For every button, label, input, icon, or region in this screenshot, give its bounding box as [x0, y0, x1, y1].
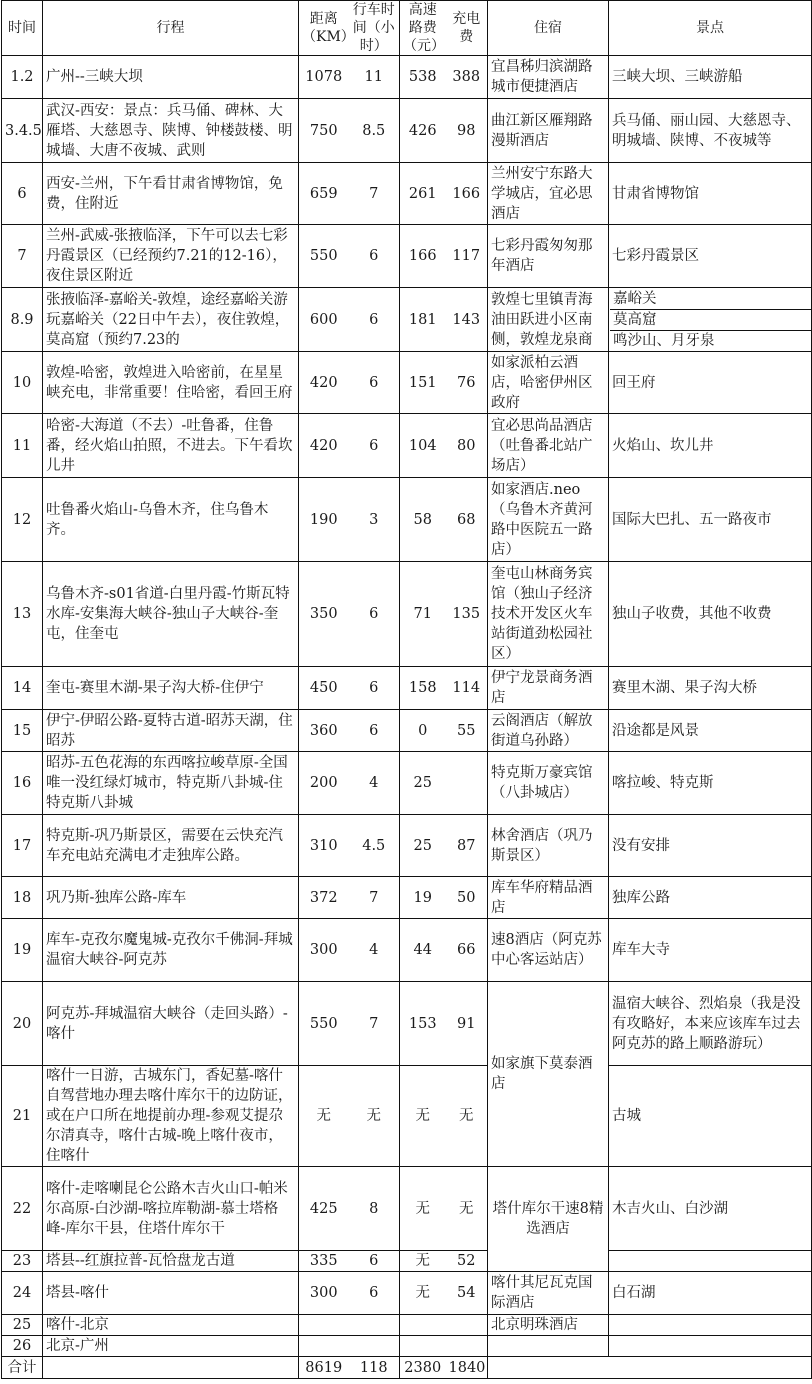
cell-charge: 68	[446, 478, 488, 562]
cell-route: 敦煌-哈密，敦煌进入哈密前，在星星峡充电，非常重要！住哈密，看回王府	[43, 352, 299, 414]
header-hotel: 住宿	[488, 1, 609, 56]
cell-route: 哈密-大海道（不去）-吐鲁番，住鲁番，经火焰山拍照，不进去。下午看坎儿井	[43, 414, 299, 478]
cell-distance: 无	[299, 1066, 349, 1167]
cell-charge: 98	[446, 99, 488, 163]
table-row: 6 西安-兰州，下午看甘肃省博物馆，免费，住附近 659 7 261 166 兰…	[2, 163, 812, 225]
cell-day: 7	[2, 225, 43, 288]
table-row: 26 北京-广州	[2, 1336, 812, 1357]
cell-distance	[299, 1315, 349, 1336]
cell-sights: 三峡大坝、三峡游船	[609, 56, 812, 99]
cell-hotel: 奎屯山林商务宾馆（独山子经济技术开发区火车站街道劲松园社区）	[488, 562, 609, 667]
table-row: 20 阿克苏-拜城温宿大峡谷（走回头路）-喀什 550 7 153 91 如家旗…	[2, 982, 812, 1066]
cell-toll	[400, 1336, 446, 1357]
table-row: 10 敦煌-哈密，敦煌进入哈密前，在星星峡充电，非常重要！住哈密，看回王府 42…	[2, 352, 812, 414]
cell-toll: 无	[400, 1251, 446, 1272]
cell-distance: 335	[299, 1251, 349, 1272]
cell-day: 19	[2, 919, 43, 982]
table-row: 18 巩乃斯-独库公路-库车 372 7 19 50 库车华府精品酒店 独库公路	[2, 877, 812, 919]
sights-sublist: 嘉峪关 莫高窟 鸣沙山、月牙泉	[610, 289, 812, 351]
cell-charge: 143	[446, 288, 488, 352]
cell-distance: 372	[299, 877, 349, 919]
cell-drive-time: 6	[349, 667, 400, 710]
cell-toll	[400, 1315, 446, 1336]
cell-distance: 550	[299, 982, 349, 1066]
cell-hotel: 喀什其尼瓦克国际酒店	[488, 1272, 609, 1315]
cell-day: 22	[2, 1167, 43, 1251]
cell-charge: 76	[446, 352, 488, 414]
cell-charge	[446, 752, 488, 815]
cell-route: 阿克苏-拜城温宿大峡谷（走回头路）-喀什	[43, 982, 299, 1066]
cell-hotel: 曲江新区雁翔路漫斯酒店	[488, 99, 609, 163]
cell-route: 西安-兰州，下午看甘肃省博物馆，免费，住附近	[43, 163, 299, 225]
cell-drive-time	[349, 1336, 400, 1357]
cell-day: 20	[2, 982, 43, 1066]
cell-distance: 1078	[299, 56, 349, 99]
cell-toll: 无	[400, 1066, 446, 1167]
table-row: 21 喀什一日游，古城东门，香妃墓-喀什自驾营地办理去喀什库尔干的边防证，或在户…	[2, 1066, 812, 1167]
cell-route: 乌鲁木齐-s01省道-白里丹霞-竹斯瓦特水库-安集海大峡谷-独山子大峡谷-奎屯，…	[43, 562, 299, 667]
cell-sights: 沿途都是风景	[609, 710, 812, 752]
cell-hotel: 如家酒店.neo（乌鲁木齐黄河路中医院五一路店）	[488, 478, 609, 562]
cell-distance: 190	[299, 478, 349, 562]
cell-toll: 71	[400, 562, 446, 667]
cell-hotel: 宜昌秭归滨湖路城市便捷酒店	[488, 56, 609, 99]
cell-day: 16	[2, 752, 43, 815]
cell-distance: 600	[299, 288, 349, 352]
cell-hotel: 林舍酒店（巩乃斯景区）	[488, 815, 609, 877]
cell-toll: 58	[400, 478, 446, 562]
total-toll: 2380	[400, 1357, 446, 1379]
cell-charge: 66	[446, 919, 488, 982]
cell-day: 13	[2, 562, 43, 667]
cell-day: 26	[2, 1336, 43, 1357]
cell-route: 吐鲁番火焰山-乌鲁木齐，住乌鲁木齐。	[43, 478, 299, 562]
total-drive-time: 118	[349, 1357, 400, 1379]
cell-toll: 104	[400, 414, 446, 478]
cell-sights: 国际大巴扎、五一路夜市	[609, 478, 812, 562]
header-toll: 高速路费（元）	[400, 1, 446, 56]
cell-day: 25	[2, 1315, 43, 1336]
cell-toll: 25	[400, 815, 446, 877]
sight-item: 嘉峪关	[610, 289, 812, 310]
cell-sights: 独库公路	[609, 877, 812, 919]
table-row: 3.4.5 武汉-西安：景点：兵马俑、碑林、大雁塔、大慈恩寺、陕博、钟楼鼓楼、明…	[2, 99, 812, 163]
cell-toll: 153	[400, 982, 446, 1066]
cell-route: 塔县--红旗拉普-瓦恰盘龙古道	[43, 1251, 299, 1272]
total-empty	[488, 1357, 812, 1379]
cell-route: 喀什-北京	[43, 1315, 299, 1336]
table-row: 24 塔县-喀什 300 6 无 54 喀什其尼瓦克国际酒店 白石湖	[2, 1272, 812, 1315]
cell-hotel: 宜必思尚品酒店（吐鲁番北站广场店）	[488, 414, 609, 478]
cell-distance: 360	[299, 710, 349, 752]
cell-route: 喀什一日游，古城东门，香妃墓-喀什自驾营地办理去喀什库尔干的边防证，或在户口所在…	[43, 1066, 299, 1167]
cell-route: 特克斯-巩乃斯景区，需要在云快充汽车充电站充满电才走独库公路。	[43, 815, 299, 877]
cell-hotel	[488, 1336, 609, 1357]
cell-sights: 白石湖	[609, 1272, 812, 1315]
cell-route: 巩乃斯-独库公路-库车	[43, 877, 299, 919]
total-charge: 1840	[446, 1357, 488, 1379]
cell-day: 23	[2, 1251, 43, 1272]
cell-sights: 没有安排	[609, 815, 812, 877]
cell-hotel: 云阁酒店（解放街道乌孙路）	[488, 710, 609, 752]
cell-distance: 350	[299, 562, 349, 667]
cell-sights: 火焰山、坎儿井	[609, 414, 812, 478]
cell-drive-time: 6	[349, 352, 400, 414]
cell-toll: 158	[400, 667, 446, 710]
total-route-empty	[43, 1357, 299, 1379]
cell-route: 北京-广州	[43, 1336, 299, 1357]
cell-route: 张掖临泽-嘉峪关-敦煌，途经嘉峪关游玩嘉峪关（22日中午去），夜住敦煌，莫高窟（…	[43, 288, 299, 352]
cell-route: 广州--三峡大坝	[43, 56, 299, 99]
cell-day: 17	[2, 815, 43, 877]
cell-toll: 538	[400, 56, 446, 99]
cell-charge: 114	[446, 667, 488, 710]
cell-hotel: 塔什库尔干速8精选酒店	[488, 1167, 609, 1272]
cell-drive-time: 4	[349, 752, 400, 815]
cell-drive-time: 7	[349, 982, 400, 1066]
cell-drive-time: 6	[349, 225, 400, 288]
cell-toll: 261	[400, 163, 446, 225]
cell-toll: 0	[400, 710, 446, 752]
total-distance: 8619	[299, 1357, 349, 1379]
cell-hotel: 库车华府精品酒店	[488, 877, 609, 919]
cell-sights	[609, 1336, 812, 1357]
cell-distance: 300	[299, 919, 349, 982]
cell-drive-time: 6	[349, 710, 400, 752]
cell-distance: 750	[299, 99, 349, 163]
header-route: 行程	[43, 1, 299, 56]
cell-day: 6	[2, 163, 43, 225]
cell-charge: 52	[446, 1251, 488, 1272]
cell-hotel: 兰州安宁东路大学城店，宜必思酒店	[488, 163, 609, 225]
cell-toll: 426	[400, 99, 446, 163]
cell-day: 15	[2, 710, 43, 752]
cell-route: 昭苏-五色花海的东西喀拉峻草原-全国唯一没红绿灯城市，特克斯八卦城-住特克斯八卦…	[43, 752, 299, 815]
cell-charge: 50	[446, 877, 488, 919]
cell-hotel: 七彩丹霞匆匆那年酒店	[488, 225, 609, 288]
cell-charge: 388	[446, 56, 488, 99]
cell-drive-time: 6	[349, 1251, 400, 1272]
table-row: 15 伊宁-伊昭公路-夏特古道-昭苏天湖，住昭苏 360 6 0 55 云阁酒店…	[2, 710, 812, 752]
header-day: 时间	[2, 1, 43, 56]
cell-route: 兰州-武威-张掖临泽，下午可以去七彩丹霞景区（已经预约7.21的12-16），夜…	[43, 225, 299, 288]
cell-distance: 550	[299, 225, 349, 288]
cell-drive-time: 4.5	[349, 815, 400, 877]
cell-sights: 温宿大峡谷、烈焰泉（我是没有攻略好，本来应该库车过去阿克苏的路上顺路游玩）	[609, 982, 812, 1066]
cell-hotel: 特克斯万豪宾馆（八卦城店）	[488, 752, 609, 815]
header-row: 时间 行程 距离（KM） 行车时间（小时） 高速路费（元） 充电费 住宿 景点	[2, 1, 812, 56]
cell-drive-time	[349, 1315, 400, 1336]
table-row: 13 乌鲁木齐-s01省道-白里丹霞-竹斯瓦特水库-安集海大峡谷-独山子大峡谷-…	[2, 562, 812, 667]
cell-route: 奎屯-赛里木湖-果子沟大桥-住伊宁	[43, 667, 299, 710]
cell-drive-time: 7	[349, 877, 400, 919]
total-label: 合计	[2, 1357, 43, 1379]
cell-day: 3.4.5	[2, 99, 43, 163]
cell-charge: 87	[446, 815, 488, 877]
sight-item: 鸣沙山、月牙泉	[610, 330, 812, 351]
cell-drive-time: 8	[349, 1167, 400, 1251]
cell-sights-split: 嘉峪关 莫高窟 鸣沙山、月牙泉	[609, 288, 812, 352]
cell-sights: 甘肃省博物馆	[609, 163, 812, 225]
table-row: 7 兰州-武威-张掖临泽，下午可以去七彩丹霞景区（已经预约7.21的12-16）…	[2, 225, 812, 288]
cell-day: 12	[2, 478, 43, 562]
table-row: 16 昭苏-五色花海的东西喀拉峻草原-全国唯一没红绿灯城市，特克斯八卦城-住特克…	[2, 752, 812, 815]
cell-charge: 无	[446, 1066, 488, 1167]
cell-sights	[609, 1315, 812, 1336]
table-row: 12 吐鲁番火焰山-乌鲁木齐，住乌鲁木齐。 190 3 58 68 如家酒店.n…	[2, 478, 812, 562]
cell-charge: 117	[446, 225, 488, 288]
cell-drive-time: 11	[349, 56, 400, 99]
cell-hotel: 伊宁龙景商务酒店	[488, 667, 609, 710]
cell-toll: 181	[400, 288, 446, 352]
header-sights: 景点	[609, 1, 812, 56]
cell-distance: 450	[299, 667, 349, 710]
cell-drive-time: 6	[349, 288, 400, 352]
cell-charge: 166	[446, 163, 488, 225]
table-row: 23 塔县--红旗拉普-瓦恰盘龙古道 335 6 无 52	[2, 1251, 812, 1272]
cell-charge: 无	[446, 1167, 488, 1251]
table-row: 1.2 广州--三峡大坝 1078 11 538 388 宜昌秭归滨湖路城市便捷…	[2, 56, 812, 99]
cell-day: 8.9	[2, 288, 43, 352]
cell-hotel: 如家派柏云酒店，哈密伊州区政府	[488, 352, 609, 414]
cell-toll: 151	[400, 352, 446, 414]
cell-toll: 无	[400, 1167, 446, 1251]
cell-sights: 回王府	[609, 352, 812, 414]
cell-sights: 七彩丹霞景区	[609, 225, 812, 288]
cell-day: 10	[2, 352, 43, 414]
cell-day: 1.2	[2, 56, 43, 99]
cell-distance: 200	[299, 752, 349, 815]
table-row: 14 奎屯-赛里木湖-果子沟大桥-住伊宁 450 6 158 114 伊宁龙景商…	[2, 667, 812, 710]
cell-sights: 古城	[609, 1066, 812, 1167]
cell-sights: 赛里木湖、果子沟大桥	[609, 667, 812, 710]
cell-distance: 425	[299, 1167, 349, 1251]
cell-drive-time: 6	[349, 414, 400, 478]
cell-charge: 54	[446, 1272, 488, 1315]
cell-drive-time: 4	[349, 919, 400, 982]
table-row: 8.9 张掖临泽-嘉峪关-敦煌，途经嘉峪关游玩嘉峪关（22日中午去），夜住敦煌，…	[2, 288, 812, 352]
table-row: 25 喀什-北京 北京明珠酒店	[2, 1315, 812, 1336]
total-row: 合计 8619 118 2380 1840	[2, 1357, 812, 1379]
cell-distance: 420	[299, 352, 349, 414]
cell-drive-time: 无	[349, 1066, 400, 1167]
header-distance: 距离（KM）	[299, 1, 349, 56]
cell-hotel: 敦煌七里镇青海油田跃进小区南侧，敦煌龙泉商	[488, 288, 609, 352]
cell-drive-time: 7	[349, 163, 400, 225]
table-row: 19 库车-克孜尔魔鬼城-克孜尔千佛洞-拜城温宿大峡谷-阿克苏 300 4 44…	[2, 919, 812, 982]
cell-charge: 55	[446, 710, 488, 752]
cell-charge: 135	[446, 562, 488, 667]
cell-day: 21	[2, 1066, 43, 1167]
cell-toll: 166	[400, 225, 446, 288]
cell-toll: 44	[400, 919, 446, 982]
itinerary-table: 时间 行程 距离（KM） 行车时间（小时） 高速路费（元） 充电费 住宿 景点 …	[1, 0, 812, 1379]
header-drive-time: 行车时间（小时）	[349, 1, 400, 56]
cell-charge	[446, 1315, 488, 1336]
cell-charge	[446, 1336, 488, 1357]
table-row: 22 喀什-走喀喇昆仑公路木吉火山口-帕米尔高原-白沙湖-喀拉库勒湖-慕士塔格峰…	[2, 1167, 812, 1251]
cell-toll: 25	[400, 752, 446, 815]
cell-sights: 喀拉峻、特克斯	[609, 752, 812, 815]
cell-route: 塔县-喀什	[43, 1272, 299, 1315]
cell-hotel: 北京明珠酒店	[488, 1315, 609, 1336]
cell-day: 18	[2, 877, 43, 919]
cell-drive-time: 6	[349, 1272, 400, 1315]
cell-route: 伊宁-伊昭公路-夏特古道-昭苏天湖，住昭苏	[43, 710, 299, 752]
cell-charge: 91	[446, 982, 488, 1066]
cell-distance	[299, 1336, 349, 1357]
cell-hotel: 速8酒店（阿克苏中心客运站店）	[488, 919, 609, 982]
cell-toll: 无	[400, 1272, 446, 1315]
cell-sights: 独山子收费，其他不收费	[609, 562, 812, 667]
cell-distance: 420	[299, 414, 349, 478]
cell-charge: 80	[446, 414, 488, 478]
cell-distance: 300	[299, 1272, 349, 1315]
cell-sights: 库车大寺	[609, 919, 812, 982]
sight-item: 莫高窟	[610, 309, 812, 330]
cell-hotel: 如家旗下莫泰酒店	[488, 982, 609, 1167]
table-row: 11 哈密-大海道（不去）-吐鲁番，住鲁番，经火焰山拍照，不进去。下午看坎儿井 …	[2, 414, 812, 478]
table-row: 17 特克斯-巩乃斯景区，需要在云快充汽车充电站充满电才走独库公路。 310 4…	[2, 815, 812, 877]
cell-sights	[609, 1251, 812, 1272]
header-charge: 充电费	[446, 1, 488, 56]
cell-route: 喀什-走喀喇昆仑公路木吉火山口-帕米尔高原-白沙湖-喀拉库勒湖-慕士塔格峰-库尔…	[43, 1167, 299, 1251]
cell-route: 库车-克孜尔魔鬼城-克孜尔千佛洞-拜城温宿大峡谷-阿克苏	[43, 919, 299, 982]
cell-toll: 19	[400, 877, 446, 919]
cell-drive-time: 3	[349, 478, 400, 562]
cell-sights: 木吉火山、白沙湖	[609, 1167, 812, 1251]
cell-day: 14	[2, 667, 43, 710]
cell-drive-time: 8.5	[349, 99, 400, 163]
cell-sights: 兵马俑、丽山园、大慈恩寺、明城墙、陕博、不夜城等	[609, 99, 812, 163]
cell-day: 11	[2, 414, 43, 478]
cell-drive-time: 6	[349, 562, 400, 667]
cell-distance: 659	[299, 163, 349, 225]
cell-distance: 310	[299, 815, 349, 877]
cell-route: 武汉-西安：景点：兵马俑、碑林、大雁塔、大慈恩寺、陕博、钟楼鼓楼、明城墙、大唐不…	[43, 99, 299, 163]
cell-day: 24	[2, 1272, 43, 1315]
